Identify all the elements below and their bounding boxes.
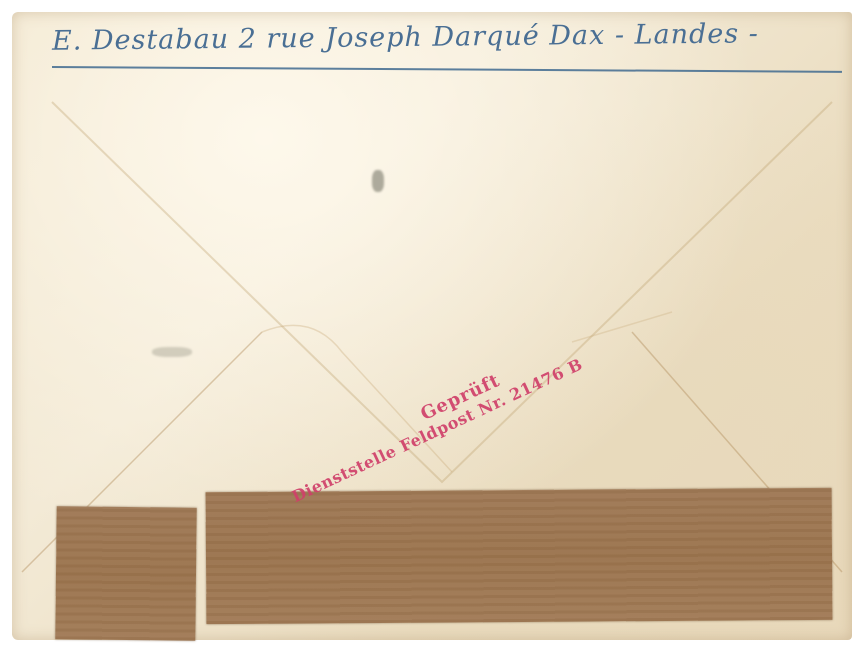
left-tape-strip	[55, 506, 196, 640]
ink-smudge	[152, 347, 192, 357]
ink-smudge	[372, 170, 384, 192]
right-tape-strip	[206, 488, 833, 624]
